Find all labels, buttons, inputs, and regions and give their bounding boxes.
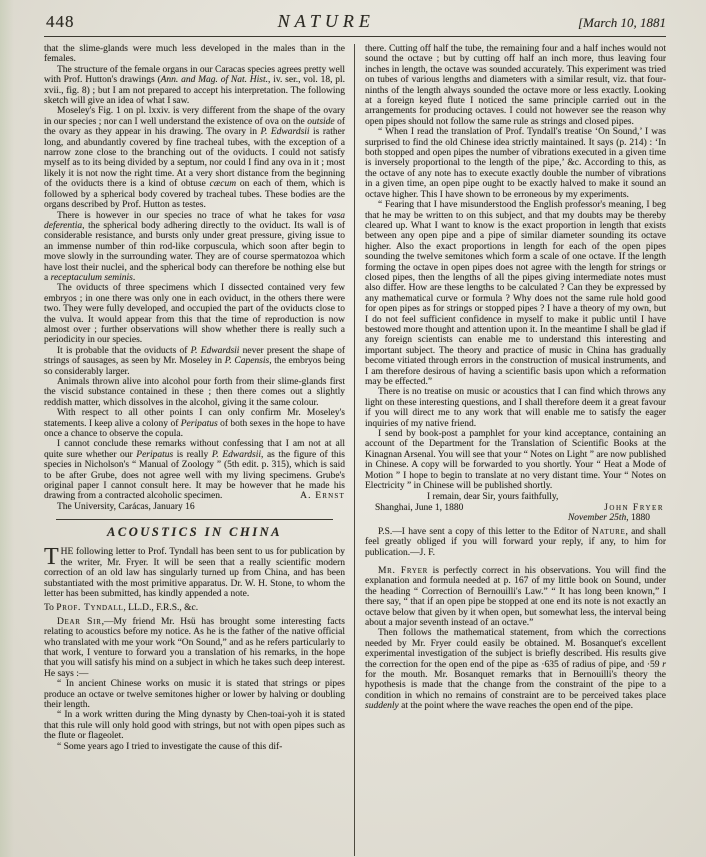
paragraph: Mr. Fryer is perfectly correct in his ob… — [365, 566, 666, 628]
letter-salutation: To Prof. Tyndall, LL.D., F.R.S., &c. — [44, 603, 345, 613]
paragraph: I cannot conclude these remarks without … — [44, 439, 345, 501]
paragraph: With respect to all other points I can o… — [44, 408, 345, 439]
left-column: that the slime-glands were much less dev… — [44, 44, 355, 856]
postscript: P.S.—I have sent a copy of this letter t… — [365, 527, 666, 558]
right-column: there. Cutting off half the tube, the re… — [355, 44, 666, 856]
journal-page: 448 NATURE [March 10, 1881 that the slim… — [0, 0, 706, 857]
letter-valediction: I remain, dear Sir, yours faithfully, — [365, 492, 666, 502]
paragraph: “ In ancient Chinese works on music it i… — [44, 679, 345, 710]
paragraph: “ Fearing that I have misunderstood the … — [365, 200, 666, 387]
article-dateline: The University, Carácas, January 16 — [44, 502, 345, 512]
paragraph: “ Some years ago I tried to investigate … — [44, 742, 345, 752]
reply-date-text: November 25th — [568, 513, 626, 523]
two-column-body: that the slime-glands were much less dev… — [0, 44, 706, 856]
signature-line: Shanghai, June 1, 1880 John Fryer — [365, 503, 666, 513]
paragraph: “ In a work written during the Ming dyna… — [44, 710, 345, 741]
paragraph: Animals thrown alive into alcohol pour f… — [44, 377, 345, 408]
article-separator-rule — [56, 519, 333, 520]
journal-title: NATURE — [75, 11, 579, 32]
paragraph: there. Cutting off half the tube, the re… — [365, 44, 666, 127]
issue-date: [March 10, 1881 — [578, 15, 666, 31]
paragraph: Then follows the mathematical statement,… — [365, 628, 666, 711]
paragraph: “ When I read the translation of Prof. T… — [365, 127, 666, 200]
paragraph: It is probable that the oviducts of P. E… — [44, 346, 345, 377]
paragraph: The structure of the female organs in ou… — [44, 65, 345, 107]
paragraph: Moseley's Fig. 1 on pl. lxxiv. is very d… — [44, 106, 345, 210]
paragraph: that the slime-glands were much less dev… — [44, 44, 345, 65]
page-number: 448 — [46, 12, 75, 32]
article-title: ACOUSTICS IN CHINA — [44, 525, 345, 540]
paragraph: Dear Sir,—My friend Mr. Hsü has brought … — [44, 617, 345, 679]
drop-cap: T — [44, 547, 61, 567]
signature-name: John Fryer — [604, 503, 664, 513]
paragraph: The oviducts of three specimens which I … — [44, 283, 345, 345]
page-header: 448 NATURE [March 10, 1881 — [0, 0, 706, 35]
reply-date: November 25th, 1880 — [365, 513, 666, 523]
paragraph: There is however in our species no trace… — [44, 211, 345, 284]
paragraph: I send by book-post a pamphlet for your … — [365, 429, 666, 491]
reply-date-year: , 1880 — [626, 513, 650, 523]
paragraph: There is no treatise on music or acousti… — [365, 387, 666, 429]
header-rule — [44, 36, 666, 39]
intro-text: HE following letter to Prof. Tyndall has… — [44, 547, 345, 599]
place-date: Shanghai, June 1, 1880 — [375, 503, 463, 513]
paragraph: THE following letter to Prof. Tyndall ha… — [44, 547, 345, 599]
